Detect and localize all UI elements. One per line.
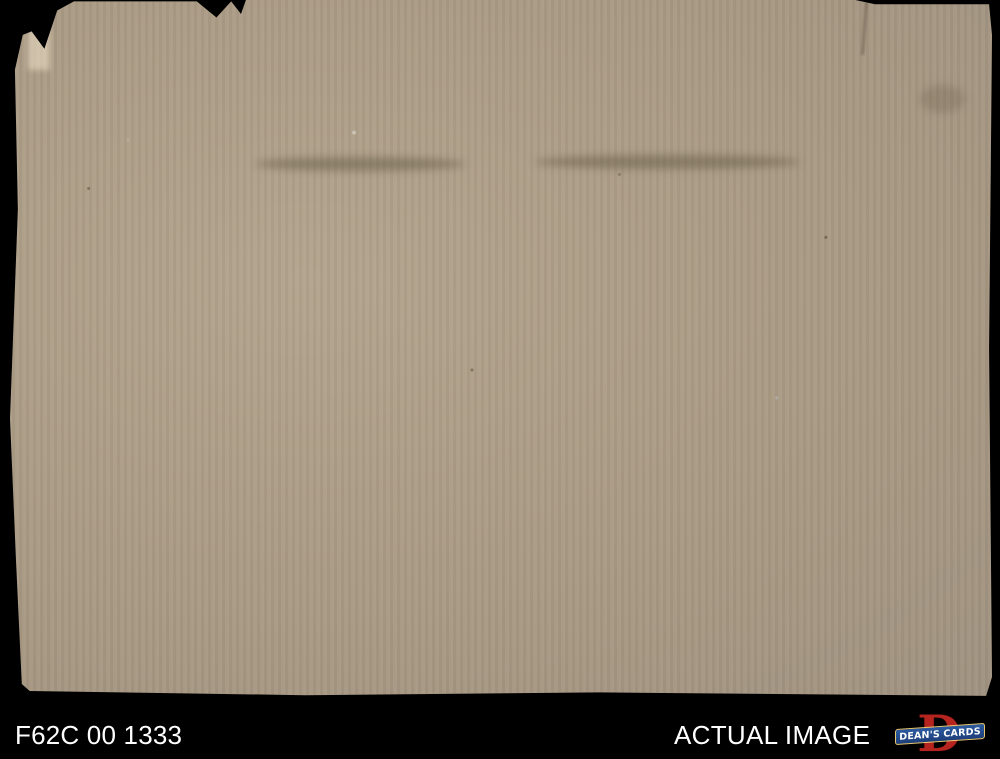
deans-cards-logo-icon: D DEAN'S CARDS	[893, 712, 987, 756]
footer-bar: F62C 00 1333 ACTUAL IMAGE D DEAN'S CARDS	[0, 703, 1000, 759]
actual-image-label: ACTUAL IMAGE	[674, 720, 870, 751]
card-crease	[861, 0, 868, 55]
image-frame: F62C 00 1333 ACTUAL IMAGE D DEAN'S CARDS	[0, 0, 1000, 759]
bleed-through-mark	[255, 157, 465, 171]
logo-text: DEAN'S CARDS	[899, 726, 981, 743]
catalog-id: F62C 00 1333	[15, 720, 182, 751]
bleed-through-mark	[535, 155, 800, 169]
bleed-through-mark	[920, 85, 965, 113]
torn-corner	[28, 30, 50, 70]
logo-banner: DEAN'S CARDS	[895, 723, 985, 745]
card-back-scan	[10, 0, 993, 698]
